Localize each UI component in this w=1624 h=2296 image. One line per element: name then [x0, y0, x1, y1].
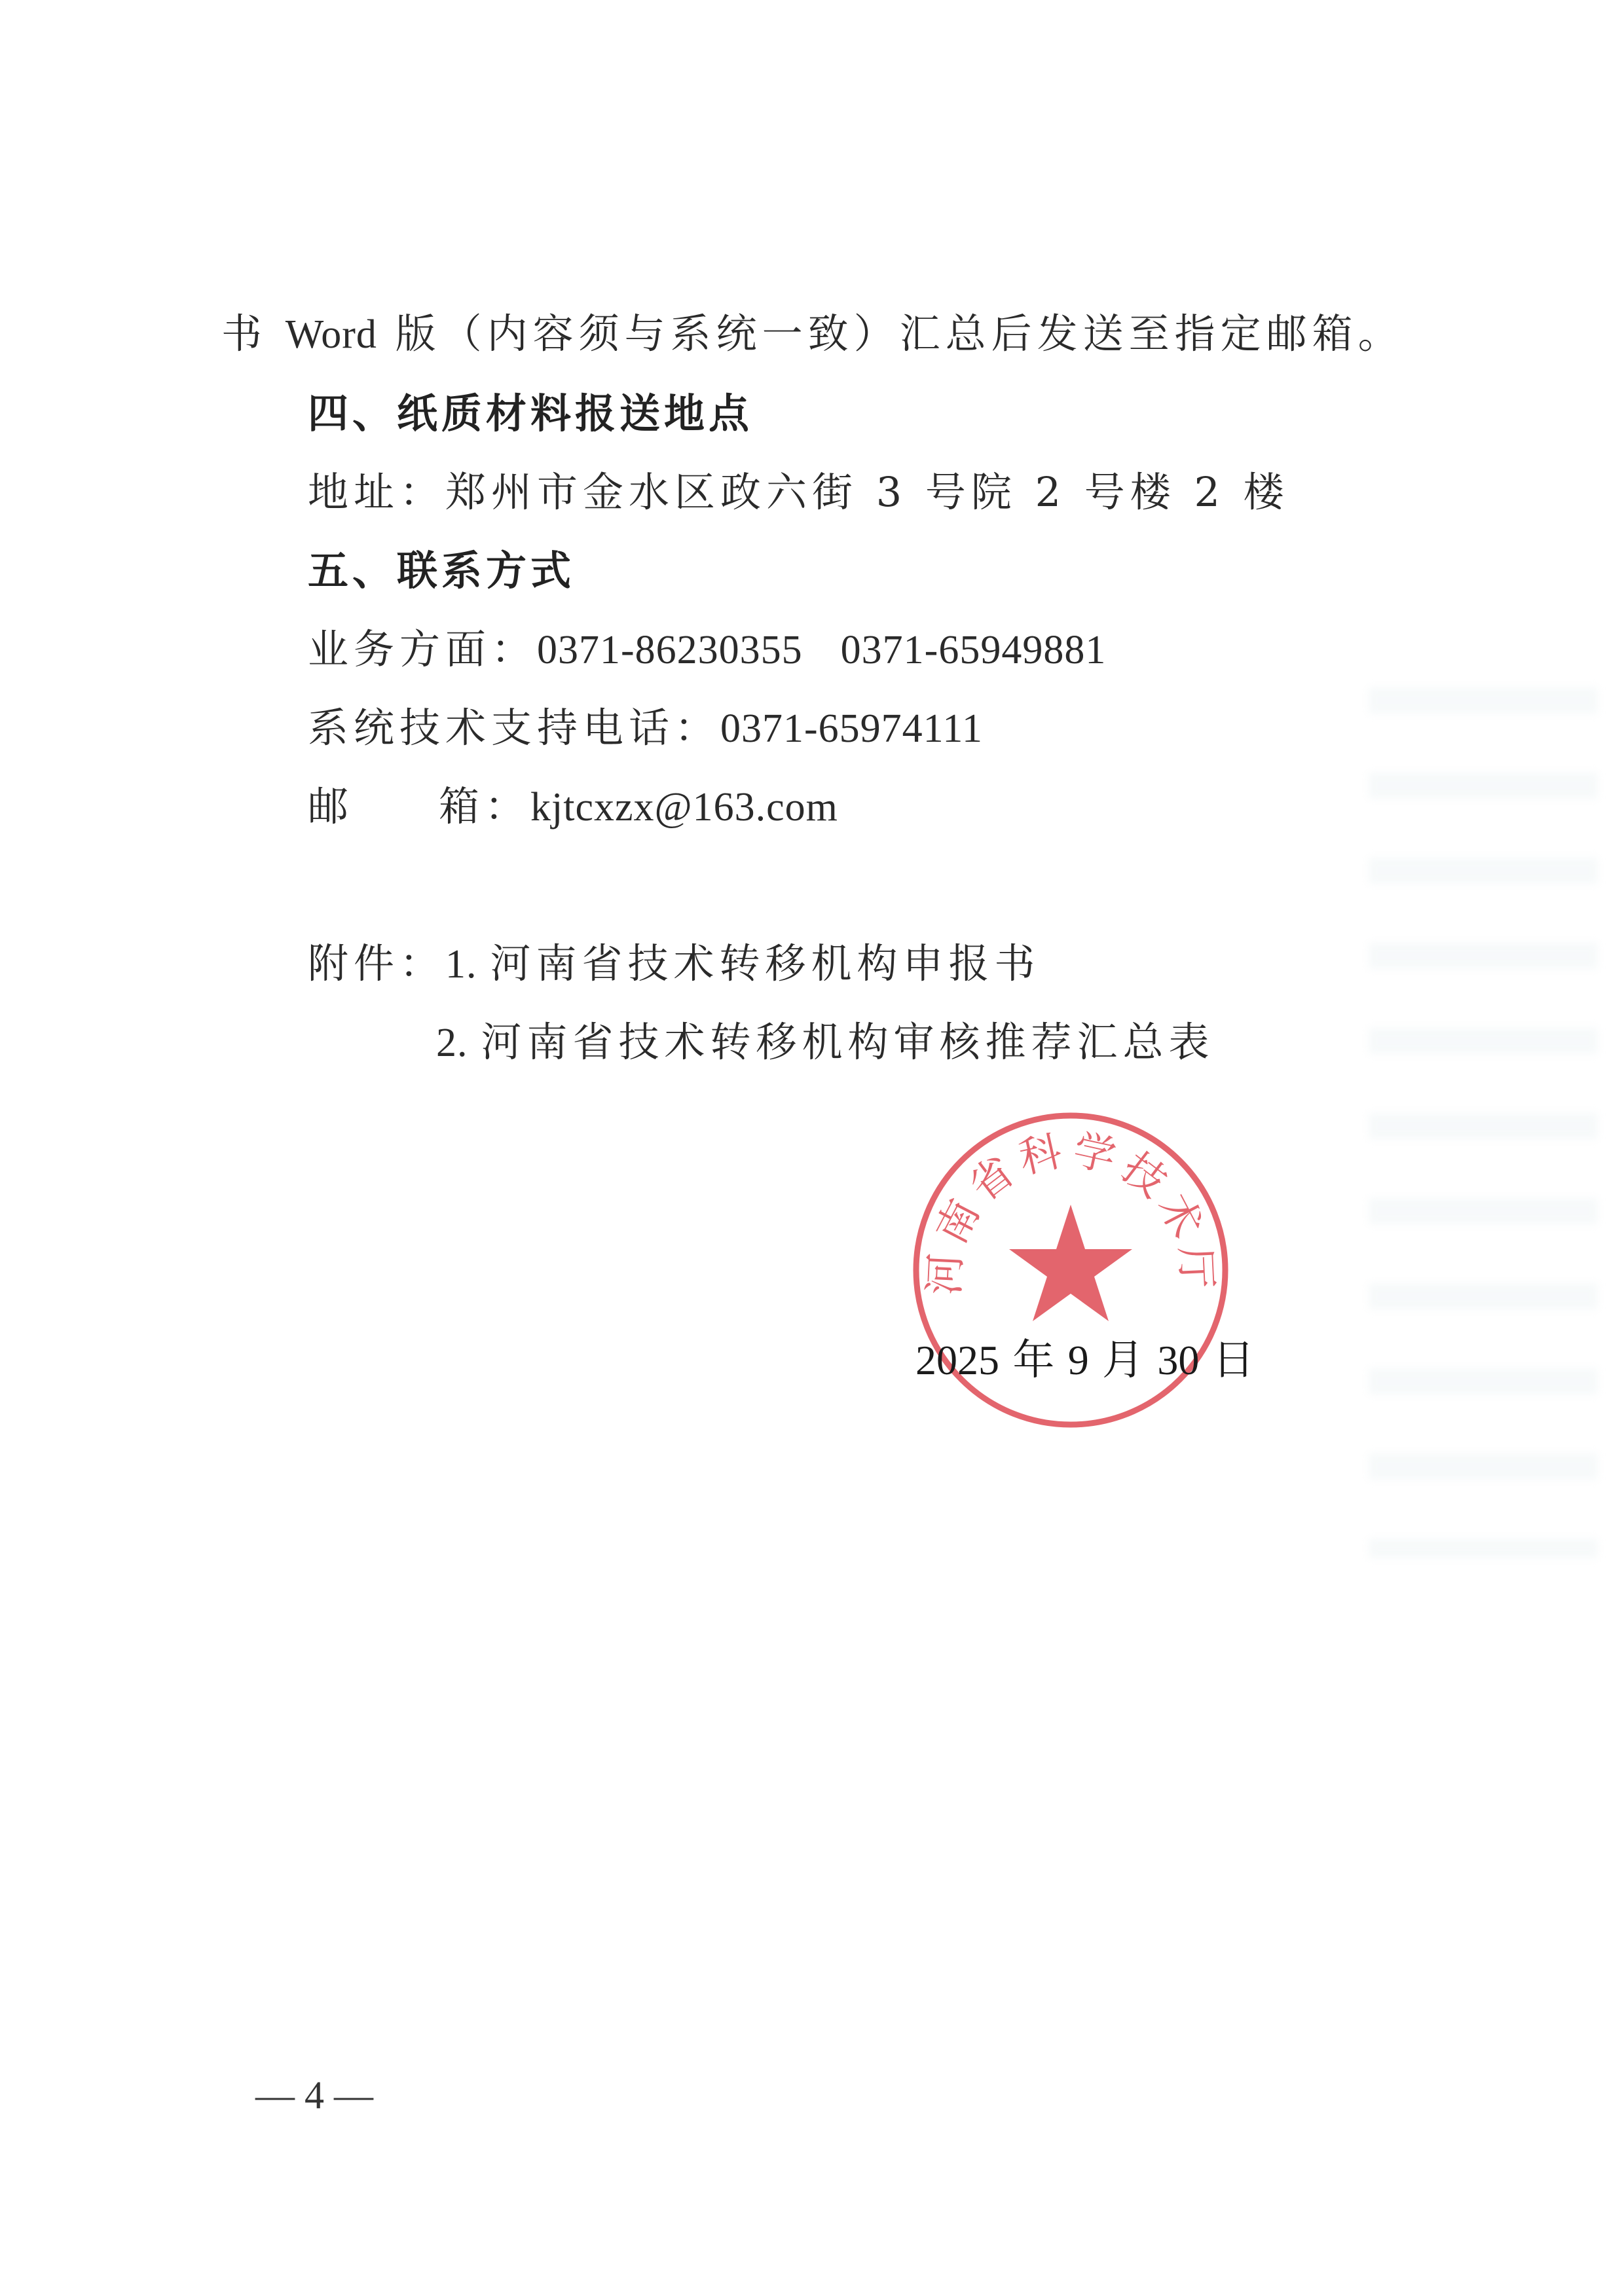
email-address[interactable]: kjtcxzx@163.com: [530, 785, 838, 829]
date-year-unit: 年: [999, 1336, 1068, 1385]
document-page: 书 Word 版（内容须与系统一致）汇总后发送至指定邮箱。 四、纸质材料报送地点…: [0, 0, 1624, 2296]
date-year: 2025: [915, 1337, 999, 1383]
attachment-line-1: 附件：1.河南省技术转移机构申报书: [308, 938, 1041, 991]
issue-date: 2025 年 9 月 30 日: [915, 1334, 1255, 1387]
page-number: — 4 —: [255, 2072, 373, 2118]
word-text: Word: [286, 312, 377, 357]
section-5-heading: 五、联系方式: [308, 545, 575, 597]
email-line: 邮箱：kjtcxzx@163.com: [308, 780, 838, 833]
date-month: 9: [1068, 1337, 1089, 1383]
business-contact-line: 业务方面：0371-862303550371-65949881: [308, 623, 1106, 676]
section-4-heading: 四、纸质材料报送地点: [308, 388, 753, 440]
attachment-1-number: 1.: [445, 942, 477, 987]
tech-support-phone: 0371-65974111: [720, 706, 983, 751]
attachment-1-title: 河南省技术转移机构申报书: [490, 939, 1041, 987]
email-label-part-1: 邮: [308, 780, 439, 833]
date-month-unit: 月: [1089, 1336, 1158, 1385]
text-prefix: 书: [221, 310, 286, 357]
continuation-paragraph-line: 书 Word 版（内容须与系统一致）汇总后发送至指定邮箱。: [221, 308, 1404, 361]
tech-support-line: 系统技术支持电话：0371-65974111: [308, 702, 983, 755]
star-icon: [1009, 1205, 1132, 1321]
date-day: 30: [1157, 1337, 1199, 1383]
business-phone-2: 0371-65949881: [841, 628, 1107, 672]
business-label: 业务方面：: [308, 625, 537, 673]
address-label: 地址：: [308, 468, 445, 516]
business-phone-1: 0371-86230355: [537, 628, 803, 672]
scan-bleed-through: [1369, 629, 1598, 1558]
attachment-2-number: 2.: [436, 1021, 468, 1065]
attachment-2-title: 河南省技术转移机构审核推荐汇总表: [481, 1018, 1215, 1066]
attachments-label: 附件：: [308, 939, 445, 987]
address-value: 郑州市金水区政六街 3 号院 2 号楼 2 楼: [445, 468, 1289, 516]
address-line: 地址：郑州市金水区政六街 3 号院 2 号楼 2 楼: [308, 466, 1289, 519]
text-suffix: 版（内容须与系统一致）汇总后发送至指定邮箱。: [377, 310, 1404, 357]
tech-support-label: 系统技术支持电话：: [308, 704, 720, 752]
email-label-part-2: 箱：: [439, 782, 530, 830]
date-day-unit: 日: [1199, 1336, 1254, 1385]
attachment-line-2: 2.河南省技术转移机构审核推荐汇总表: [436, 1016, 1215, 1069]
